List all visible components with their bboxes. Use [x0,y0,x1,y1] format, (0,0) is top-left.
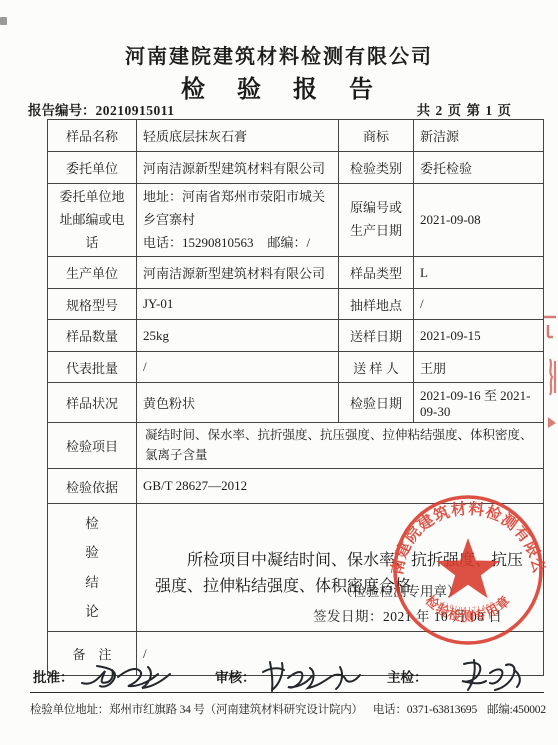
field-value: / [137,352,339,383]
field-label: 样品数量 [48,320,137,352]
review-signature-group: 审核： [215,658,387,694]
client-address: 地址：河南省郑州市荥阳市城关乡宫寨村 [143,186,332,232]
scan-artifact [0,17,7,25]
company-title: 河南建院建筑材料检测有限公司 [0,40,558,69]
table-row: 代表批量 / 送 样 人 王朋 [48,352,544,383]
conclusion-cell: 所检项目中凝结时间、保水率、抗折强度、抗压强度、拉伸粘结强度、体积密度合格 （检… [137,504,544,632]
table-row: 检验依据 GB/T 28627—2012 [48,469,544,504]
approve-label: 批准： [33,666,74,686]
table-row: 检验项目 凝结时间、保水率、抗折强度、抗压强度、拉伸粘结强度、体积密度、氯离子含… [48,423,544,469]
report-number: 报告编号：20210915011 [28,99,175,119]
table-row: 样品状况 黄色粉状 检验日期 2021-09-16 至 2021-09-30 [48,383,544,423]
signature-row: 批准： 审核： 主检： [33,658,543,694]
seal-note: （检验检测专用章） [339,580,461,600]
approve-signature-group: 批准： [33,659,215,693]
field-label: 样品类型 [339,257,414,289]
footer-contact: 检验单位地址：郑州市红旗路 34 号（河南建筑材料研究设计院内）电话：0371-… [30,701,550,717]
field-label: 代表批量 [48,352,137,383]
field-value: L [414,257,544,289]
field-label: 抽样地点 [339,289,414,320]
table-row: 生产单位 河南洁源新型建筑材料有限公司 样品类型 L [48,257,544,289]
field-label: 生产单位 [48,257,137,289]
field-value: JY-01 [137,289,339,320]
field-value: 轻质底层抹灰石膏 [137,120,339,152]
lab-address: 检验单位地址：郑州市红旗路 34 号（河南建筑材料研究设计院内） [30,704,363,716]
test-standard: GB/T 28627—2012 [137,469,544,504]
report-meta-row: 报告编号：20210915011 共 2 页 第 1 页 [28,99,540,119]
table-row: 检验结论 所检项目中凝结时间、保水率、抗折强度、抗压强度、拉伸粘结强度、体积密度… [48,504,544,632]
scan-edge-artifacts [542,295,558,445]
report-number-value: 20210915011 [96,103,175,118]
field-value: 河南洁源新型建筑材料有限公司 [137,257,339,289]
table-row: 规格型号 JY-01 抽样地点 / [48,289,544,320]
review-label: 审核： [215,666,256,686]
field-label: 送样日期 [339,320,414,352]
conclusion-label: 检验结论 [48,504,137,632]
field-value: 2021-09-15 [414,320,544,352]
field-value: 25kg [137,320,339,352]
field-value: 2021-09-08 [414,184,544,257]
field-label: 委托单位地址邮编或电话 [48,184,137,257]
inspect-signature-group: 主检： [387,657,536,695]
inspect-signature [450,657,536,695]
report-number-label: 报告编号： [28,103,96,118]
field-label: 商标 [339,120,414,152]
inspect-label: 主检： [387,666,428,686]
table-row: 委托单位地址邮编或电话 地址：河南省郑州市荥阳市城关乡宫寨村 电话：152908… [48,184,544,257]
field-value: 2021-09-16 至 2021-09-30 [414,383,544,423]
field-label: 检验依据 [48,469,137,504]
field-label: 送 样 人 [339,352,414,383]
page-indicator: 共 2 页 第 1 页 [417,99,540,119]
client-phone-line: 电话：15290810563邮编：/ [143,232,332,255]
field-label: 检验项目 [48,423,137,469]
field-label: 检验日期 [339,383,414,423]
field-label: 委托单位 [48,152,137,184]
field-value: 委托检验 [414,152,544,184]
issue-date: 签发日期：2021 年 10 月 08 日 [313,605,502,625]
lab-phone: 电话：0371-63813695 [373,704,477,716]
table-row: 样品数量 25kg 送样日期 2021-09-15 [48,320,544,352]
review-signature [260,658,364,694]
test-items: 凝结时间、保水率、抗折强度、抗压强度、拉伸粘结强度、体积密度、氯离子含量 [137,423,544,469]
field-label: 原编号或生产日期 [339,184,414,257]
field-label: 规格型号 [48,289,137,320]
approve-signature [78,659,178,693]
footer-divider [30,692,544,693]
field-value: / [414,289,544,320]
report-table: 样品名称 轻质底层抹灰石膏 商标 新洁源 委托单位 河南洁源新型建筑材料有限公司… [47,119,544,676]
table-row: 委托单位 河南洁源新型建筑材料有限公司 检验类别 委托检验 [48,152,544,184]
report-page: 河南建院建筑材料检测有限公司 检 验 报 告 报告编号：20210915011 … [0,0,558,745]
field-label: 检验类别 [339,152,414,184]
client-zip: 邮编：/ [268,235,311,250]
field-value: 王朋 [414,352,544,383]
client-phone: 电话：15290810563 [143,235,254,250]
field-value: 地址：河南省郑州市荥阳市城关乡宫寨村 电话：15290810563邮编：/ [137,184,339,257]
lab-zip: 邮编:450002 [487,704,546,716]
table-row: 样品名称 轻质底层抹灰石膏 商标 新洁源 [48,120,544,152]
field-label: 样品状况 [48,383,137,423]
field-label: 样品名称 [48,120,137,152]
field-value: 黄色粉状 [137,383,339,423]
field-value: 河南洁源新型建筑材料有限公司 [137,152,339,184]
field-value: 新洁源 [414,120,544,152]
